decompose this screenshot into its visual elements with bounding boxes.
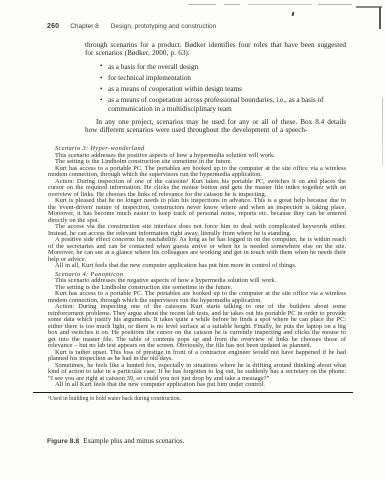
figure-box-scenarios: Scenario 3: Hyper-wonderland This scenar… (48, 146, 346, 403)
footnote: ¹Used in building to hold water back dur… (48, 396, 346, 403)
bullet-icon: • (100, 74, 102, 82)
bullet-icon: • (100, 85, 102, 93)
list-item: • as a basis for the overall design (100, 63, 346, 71)
scan-artifact-speck (292, 12, 295, 16)
list-item-text: as a basis for the overall design (108, 63, 198, 71)
bullet-icon: • (100, 62, 102, 70)
scenario3-paragraph: All in all, Kurt feels that the new comp… (48, 263, 346, 270)
scenario3-paragraph: Kurt is pleased that he no longer needs … (48, 198, 346, 224)
scenario4-paragraph: Kurt is rather upset. This loss of prest… (48, 350, 346, 363)
scenario3-paragraph: A positive side effect concerns his reac… (48, 237, 346, 263)
scenario4-paragraph: Sometimes, he feels like a hunted fox, e… (48, 363, 346, 383)
intro-paragraph-2: In any one project, scenarios may be use… (85, 118, 346, 135)
scenario-roles-list: • as a basis for the overall design • fo… (85, 63, 346, 113)
list-item: • as a means of cooperation within desig… (100, 85, 346, 93)
scan-artifact-corner (379, 7, 381, 29)
chapter-label: Chapter 8 (70, 23, 99, 30)
scan-artifact-dash (248, 4, 312, 5)
scan-artifact-dash (224, 4, 240, 5)
scan-artifact-edge-line (382, 98, 383, 166)
list-item: • as a means of cooperation across profe… (100, 96, 346, 112)
intro-paragraph-1: through scenarios for a product. Bødker … (85, 41, 346, 58)
scan-artifact-dash (188, 4, 216, 5)
figure-caption-label: Figure 8.8 (47, 438, 79, 445)
footnote-rule (33, 392, 353, 394)
scenario3-paragraph: Action: During inspection of one of the … (48, 179, 346, 199)
list-item-text: as a means of cooperation within design … (108, 85, 242, 93)
chapter-title: Design, prototyping and construction (111, 23, 217, 30)
bullet-icon: • (100, 96, 102, 104)
body-column: through scenarios for a product. Bødker … (85, 41, 346, 135)
running-head: 260 Chapter 8 Design, prototyping and co… (47, 23, 216, 30)
scenario3-paragraph: Kurt has access to a portable PC. The po… (48, 166, 346, 179)
list-item-text: as a means of cooperation across profess… (108, 96, 324, 112)
scan-artifact-dash (318, 4, 352, 5)
list-item-text: for technical implementation (108, 74, 191, 82)
page-number: 260 (47, 23, 59, 30)
figure-caption-text: Example plus and minus scenarios. (83, 437, 184, 445)
figure-caption: Figure 8.8Example plus and minus scenari… (47, 437, 184, 445)
scenario4-paragraph: Action: During inspecting one of the cai… (48, 304, 346, 350)
scenario4-paragraph: All in all Kurt feels that the new compu… (48, 382, 346, 389)
list-item: • for technical implementation (100, 74, 346, 82)
book-page: 260 Chapter 8 Design, prototyping and co… (0, 0, 385, 480)
